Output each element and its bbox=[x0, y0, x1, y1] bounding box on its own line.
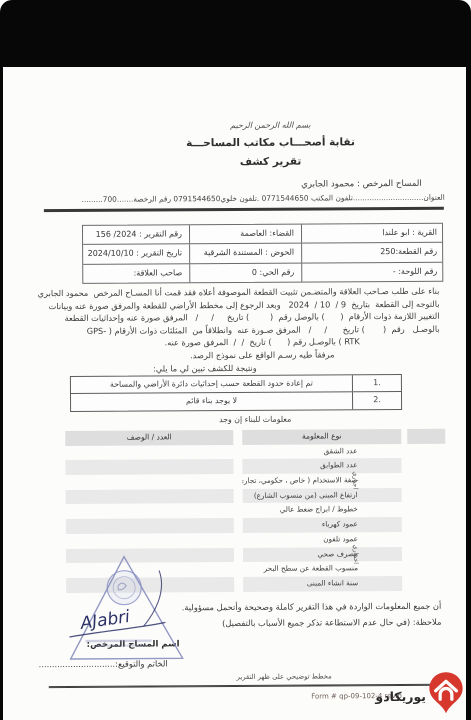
info-type-cell: سنة انشاء المبنى bbox=[243, 576, 402, 592]
group-cell bbox=[408, 487, 446, 502]
finding-number: .2 bbox=[353, 392, 401, 409]
district-cell: القضاء: العاصمة bbox=[190, 225, 302, 244]
signature-text: AJabri bbox=[78, 607, 131, 634]
watermark-logo: يوريكادو bbox=[375, 671, 464, 715]
info-type-label: منسوب القطعة عن سطح البحر bbox=[264, 561, 402, 577]
info-type-label: صفة الاستخدام ( خاص ، حكومي، تجاري ) bbox=[242, 473, 401, 489]
basin-cell: الحوض : المستندة الشرقية bbox=[190, 244, 302, 263]
finding-number: .1 bbox=[353, 375, 401, 392]
info-type-label: عدد الشقق bbox=[324, 444, 402, 459]
parcel-number-cell: رقم القطعة:250 bbox=[302, 243, 442, 262]
info-table-row: القرية : ابو علندا القضاء: العاصمة رقم ا… bbox=[83, 224, 442, 245]
info-type-cell: خطوط / ابراج ضغط عالي bbox=[243, 502, 402, 518]
location-pin-icon bbox=[428, 671, 464, 715]
organization-title: نقابة أصحـــاب مكاتب المساحـــة bbox=[86, 136, 454, 150]
value-cell bbox=[66, 533, 234, 549]
header-divider bbox=[44, 207, 444, 212]
declaration-line: أن جميع المعلومات الواردة في هذا التقرير… bbox=[182, 601, 442, 613]
value-cell bbox=[66, 489, 234, 505]
group-cell bbox=[408, 502, 446, 517]
surveyor-name-line: المساح المرخص : محمود الجابري bbox=[301, 179, 422, 190]
finding-row: .1 تم إعادة حدود القطعة حسب إحداثيات دائ… bbox=[71, 375, 401, 394]
value-cell bbox=[65, 474, 233, 490]
stamp-small-text-blur bbox=[94, 645, 146, 647]
info-type-cell: عدد الشقق bbox=[242, 444, 401, 460]
info-type-column-header: نوع المعلومة bbox=[242, 429, 401, 445]
group-cell bbox=[408, 576, 446, 591]
stamp-small-text-blur bbox=[86, 640, 152, 643]
info-table-row: رقم القطعة:250 الحوض : المستندة الشرقية … bbox=[83, 243, 442, 264]
document-paper: بسم الله الرحمن الرحيم نقابة أصحـــاب مك… bbox=[3, 67, 466, 720]
group-column-header bbox=[407, 429, 445, 444]
watermark-brand-text: يوريكادو bbox=[375, 689, 426, 704]
office-address-line: العنوان..............................تلف… bbox=[82, 193, 445, 204]
info-type-label: سنة انشاء المبنى bbox=[307, 576, 402, 591]
info-type-cell: عمود كهرباء bbox=[243, 517, 402, 533]
optional-group-label: اختياري bbox=[350, 534, 362, 574]
body-line: ونتيجة للكشف تبين لي ما يلي: bbox=[65, 360, 440, 375]
note-line: ملاحظة: (في حال عدم الاستطاعة تذكر جميع … bbox=[222, 617, 441, 628]
report-info-table: القرية : ابو علندا القضاء: العاصمة رقم ا… bbox=[82, 223, 443, 284]
value-cell bbox=[65, 459, 233, 475]
bismillah-text: بسم الله الرحمن الرحيم bbox=[86, 120, 454, 131]
info-type-cell: منسوب القطعة عن سطح البحر bbox=[243, 561, 402, 577]
finding-text: تم إعادة حدود القطعة حسب إحداثيات دائرة … bbox=[71, 375, 353, 393]
info-type-cell: عدد الطوابق bbox=[242, 458, 401, 474]
info-type-label: خطوط / ابراج ضغط عالي bbox=[280, 502, 402, 517]
info-type-label: ارتفاع المبنى (من منسوب الشارع) bbox=[254, 488, 402, 504]
info-type-cell: عمود تلفون bbox=[243, 532, 402, 548]
report-date-cell: تاريخ التقرير : 2024/10/10 bbox=[83, 245, 190, 264]
findings-table: .1 تم إعادة حدود القطعة حسب إحداثيات دائ… bbox=[70, 374, 402, 412]
scanned-document: بسم الله الرحمن الرحيم نقابة أصحـــاب مك… bbox=[3, 67, 466, 720]
info-type-cell: صفة الاستخدام ( خاص ، حكومي، تجاري ) bbox=[242, 473, 401, 489]
value-column-header: العدد / الوصف bbox=[65, 430, 233, 446]
group-cell bbox=[408, 532, 446, 547]
owner-cell: صاحب العلاقة: bbox=[83, 264, 190, 283]
report-body-paragraph: بناء على طلب صـاحب العلاقة والمتضـمن تثب… bbox=[64, 285, 440, 375]
finding-text: لا يوجد بناء قائم bbox=[71, 393, 353, 411]
value-cell bbox=[66, 503, 234, 519]
info-type-cell: ارتفاع المبنى (من منسوب الشارع) bbox=[243, 488, 402, 504]
group-cell bbox=[407, 443, 445, 458]
group-cell bbox=[408, 517, 446, 532]
value-cell bbox=[66, 518, 234, 534]
info-type-cell: مصرف صحي bbox=[243, 546, 402, 562]
surveyor-stamp: AJabri bbox=[63, 552, 189, 668]
group-cell bbox=[407, 458, 445, 473]
info-type-label: عمود تلفون bbox=[323, 532, 402, 547]
sheet-number-cell: رقم اللوحة: - bbox=[302, 262, 442, 281]
group-cell bbox=[408, 561, 446, 576]
building-section-title: معلومات للبناء إن وجد bbox=[65, 414, 445, 425]
report-number-cell: رقم التقرير : 2024/ 156 bbox=[83, 225, 190, 244]
info-type-label: عمود كهرباء bbox=[322, 517, 402, 532]
report-title: تقرير كشف bbox=[87, 155, 455, 169]
info-table-row: رقم اللوحة: - رقم الحي: 0 صاحب العلاقة: bbox=[83, 262, 442, 282]
sketch-note: مخطط توضيحي على ظهر التقرير bbox=[237, 672, 332, 681]
group-cell bbox=[408, 546, 446, 561]
value-cell bbox=[65, 445, 233, 461]
village-cell: القرية : ابو علندا bbox=[302, 224, 442, 243]
finding-row: .2 لا يوجد بناء قائم bbox=[71, 392, 401, 410]
mandatory-group-label: اجباري bbox=[349, 460, 361, 500]
group-cell bbox=[407, 473, 445, 488]
screenshot-root: بسم الله الرحمن الرحيم نقابة أصحـــاب مك… bbox=[0, 0, 471, 720]
quarter-number-cell: رقم الحي: 0 bbox=[190, 263, 302, 282]
